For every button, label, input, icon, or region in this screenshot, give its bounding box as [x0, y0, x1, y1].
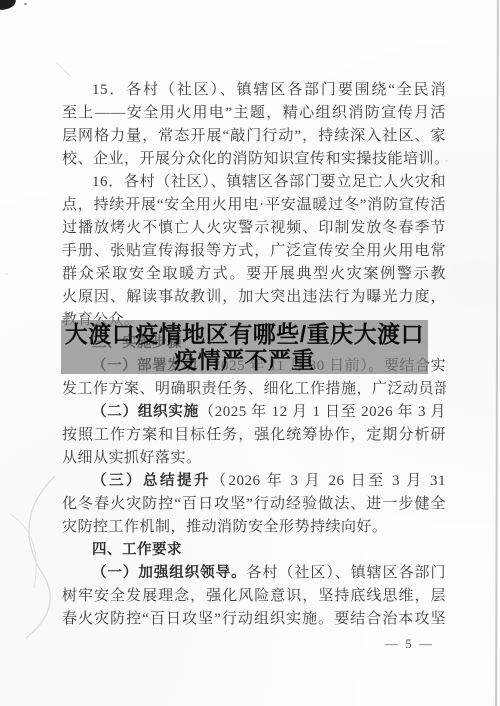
- line-body-text: 化冬春火灾防控“百日攻坚”行动经验做法、进一步健全完善火: [62, 496, 446, 516]
- line-body-text: 群众采取安全取暖方式。要开展典型火灾案例警示教育，剖析起: [62, 266, 446, 286]
- line-body-text: 至上——安全用火用电”主题，精心组织消防宣传月活动。联动基: [62, 105, 446, 125]
- document-line: 层网格力量，常态开展“敲门行动”，持续深入社区、家庭、学: [62, 125, 446, 148]
- line-body-text: 过播放烤火不慎亡人火灾警示视频、印制发放冬春季节消防宣传: [62, 220, 446, 240]
- document-line: 化冬春火灾防控“百日攻坚”行动经验做法、进一步健全完善火: [62, 493, 446, 516]
- line-body-text: 手册、张贴宣传海报等方式，广泛宣传安全用火用电常识，引导: [62, 243, 446, 263]
- scan-artifact-specks: [24, 3, 27, 5]
- document-line: 春火灾防控“百日攻坚”行动组织实施。要结合治本攻坚三年行: [62, 608, 446, 631]
- line-body-text: 点，持续开展“安全用火用电·平安温暖过冬”消防宣传活动，通: [62, 197, 446, 217]
- document-line: （三）总结提升（2026 年 3 月 26 日至 3 月 31 日）。总结固: [62, 470, 446, 493]
- line-body-text: 四、工作要求: [92, 542, 182, 558]
- page-number: — 5 —: [385, 636, 434, 652]
- line-lead-text: （一）加强组织领导。: [92, 565, 247, 581]
- document-line: 点，持续开展“安全用火用电·平安温暖过冬”消防宣传活动，通: [62, 194, 446, 217]
- document-line: 发工作方案、明确职责任务、细化工作措施，广泛动员部署。: [62, 378, 446, 401]
- document-line: 树牢安全发展理念，强化风险意识，坚持底线思维，层层抓好冬: [62, 585, 446, 608]
- line-body-text: 16．各村（社区）、镇辖区各部门要立足亡人火灾和冬季特: [92, 174, 446, 194]
- scan-edge-line: [495, 0, 498, 706]
- line-body-text: 树牢安全发展理念，强化风险意识，坚持底线思维，层层抓好冬: [62, 588, 446, 608]
- document-line: 16．各村（社区）、镇辖区各部门要立足亡人火灾和冬季特: [62, 171, 446, 194]
- line-lead-text: （二）组织实施: [92, 404, 199, 420]
- document-line: 从细从实抓好落实。: [62, 447, 446, 470]
- document-line: 火原因、解读事故教训，加大突出违法行为曝光力度，警示企业、: [62, 286, 446, 309]
- line-body-text: 校、企业，开展分众化的消防知识宣传和实操技能培训。: [62, 151, 446, 167]
- scanned-document-page: 15．各村（社区）、镇辖区各部门要围绕“全民消防，生命至上——安全用火用电”主题…: [0, 0, 500, 706]
- document-line: （一）加强组织领导。各村（社区）、镇辖区各部门要切实: [62, 562, 446, 585]
- scan-artifact-corner-blob: [0, 0, 17, 11]
- line-body-text: 春火灾防控“百日攻坚”行动组织实施。要结合治本攻坚三年行: [62, 611, 446, 631]
- line-body-text: 按照工作方案和目标任务，强化统筹协作，定期分析研判，从严: [62, 427, 446, 447]
- line-lead-text: （三）总结提升: [92, 473, 211, 489]
- document-line: （二）组织实施（2025 年 12 月 1 日至 2026 年 3 月 25 日…: [62, 401, 446, 424]
- line-body-text: 15．各村（社区）、镇辖区各部门要围绕“全民消防，生命: [92, 82, 446, 102]
- line-body-text: 从细从实抓好落实。: [62, 450, 202, 466]
- line-body-text: 发工作方案、明确职责任务、细化工作措施，广泛动员部署。: [62, 381, 446, 397]
- document-line: 按照工作方案和目标任务，强化统筹协作，定期分析研判，从严: [62, 424, 446, 447]
- document-line: 四、工作要求: [62, 539, 446, 562]
- line-body-text: 火原因、解读事故教训，加大突出违法行为曝光力度，警示企业、: [62, 289, 446, 309]
- document-line: 至上——安全用火用电”主题，精心组织消防宣传月活动。联动基: [62, 102, 446, 125]
- document-line: 群众采取安全取暖方式。要开展典型火灾案例警示教育，剖析起: [62, 263, 446, 286]
- document-line: 手册、张贴宣传海报等方式，广泛宣传安全用火用电常识，引导: [62, 240, 446, 263]
- watermark-title-overlay: 大渡口疫情地区有哪些/重庆大渡口 疫情严不严重: [61, 320, 428, 374]
- watermark-title-line2: 疫情严不严重: [174, 347, 315, 373]
- line-body-text: 层网格力量，常态开展“敲门行动”，持续深入社区、家庭、学: [62, 128, 446, 148]
- document-line: 灾防控工作机制，推动消防安全形势持续向好。: [62, 516, 446, 539]
- document-line: 15．各村（社区）、镇辖区各部门要围绕“全民消防，生命: [62, 79, 446, 102]
- document-line: 校、企业，开展分众化的消防知识宣传和实操技能培训。: [62, 148, 446, 171]
- watermark-title-line1: 大渡口疫情地区有哪些/重庆大渡口: [65, 321, 424, 347]
- line-body-text: 灾防控工作机制，推动消防安全形势持续向好。: [62, 519, 388, 535]
- document-line: 过播放烤火不慎亡人火灾警示视频、印制发放冬春季节消防宣传: [62, 217, 446, 240]
